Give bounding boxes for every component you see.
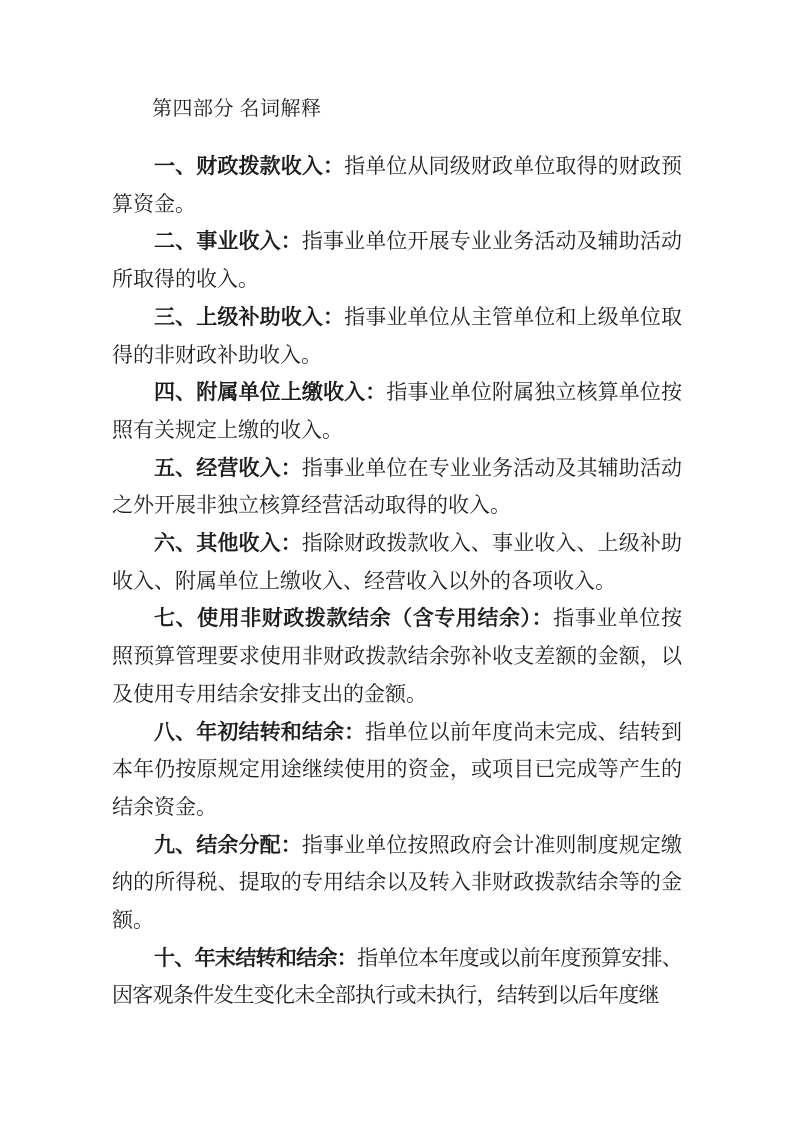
term-paragraph-5: 五、经营收入：指事业单位在专业业务活动及其辅助活动之外开展非独立核算经营活动取得… (112, 450, 682, 525)
term-paragraph-7: 七、使用非财政拨款结余（含专用结余）：指事业单位按照预算管理要求使用非财政拨款结… (112, 600, 682, 713)
term-paragraph-9: 九、结余分配：指事业单位按照政府会计准则制度规定缴纳的所得税、提取的专用结余以及… (112, 827, 682, 940)
term-lead-10: 十、年末结转和结余： (154, 947, 357, 970)
term-paragraph-3: 三、上级补助收入：指事业单位从主管单位和上级单位取得的非财政补助收入。 (112, 299, 682, 374)
term-paragraph-6: 六、其他收入：指除财政拨款收入、事业收入、上级补助收入、附属单位上缴收入、经营收… (112, 525, 682, 600)
term-lead-5: 五、经营收入： (154, 457, 302, 480)
term-paragraph-4: 四、附属单位上缴收入：指事业单位附属独立核算单位按照有关规定上缴的收入。 (112, 374, 682, 449)
term-lead-1: 一、财政拨款收入： (154, 155, 344, 178)
term-paragraph-2: 二、事业收入：指事业单位开展专业业务活动及辅助活动所取得的收入。 (112, 223, 682, 298)
section-title: 第四部分 名词解释 (112, 90, 682, 128)
term-lead-8: 八、年初结转和结余： (154, 721, 365, 744)
term-paragraph-1: 一、财政拨款收入：指单位从同级财政单位取得的财政预算资金。 (112, 148, 682, 223)
document-content: 第四部分 名词解释 一、财政拨款收入：指单位从同级财政单位取得的财政预算资金。 … (0, 0, 794, 1015)
document-page: 第四部分 名词解释 一、财政拨款收入：指单位从同级财政单位取得的财政预算资金。 … (0, 0, 794, 1122)
term-lead-4: 四、附属单位上缴收入： (154, 381, 386, 404)
term-lead-3: 三、上级补助收入： (154, 306, 344, 329)
term-lead-2: 二、事业收入： (154, 230, 302, 253)
term-paragraph-8: 八、年初结转和结余：指单位以前年度尚未完成、结转到本年仍按原规定用途继续使用的资… (112, 714, 682, 827)
term-lead-9: 九、结余分配： (154, 834, 302, 857)
term-paragraph-10: 十、年末结转和结余：指单位本年度或以前年度预算安排、因客观条件发生变化未全部执行… (112, 940, 682, 1015)
term-lead-7: 七、使用非财政拨款结余（含专用结余）： (154, 607, 553, 630)
term-lead-6: 六、其他收入： (154, 532, 302, 555)
